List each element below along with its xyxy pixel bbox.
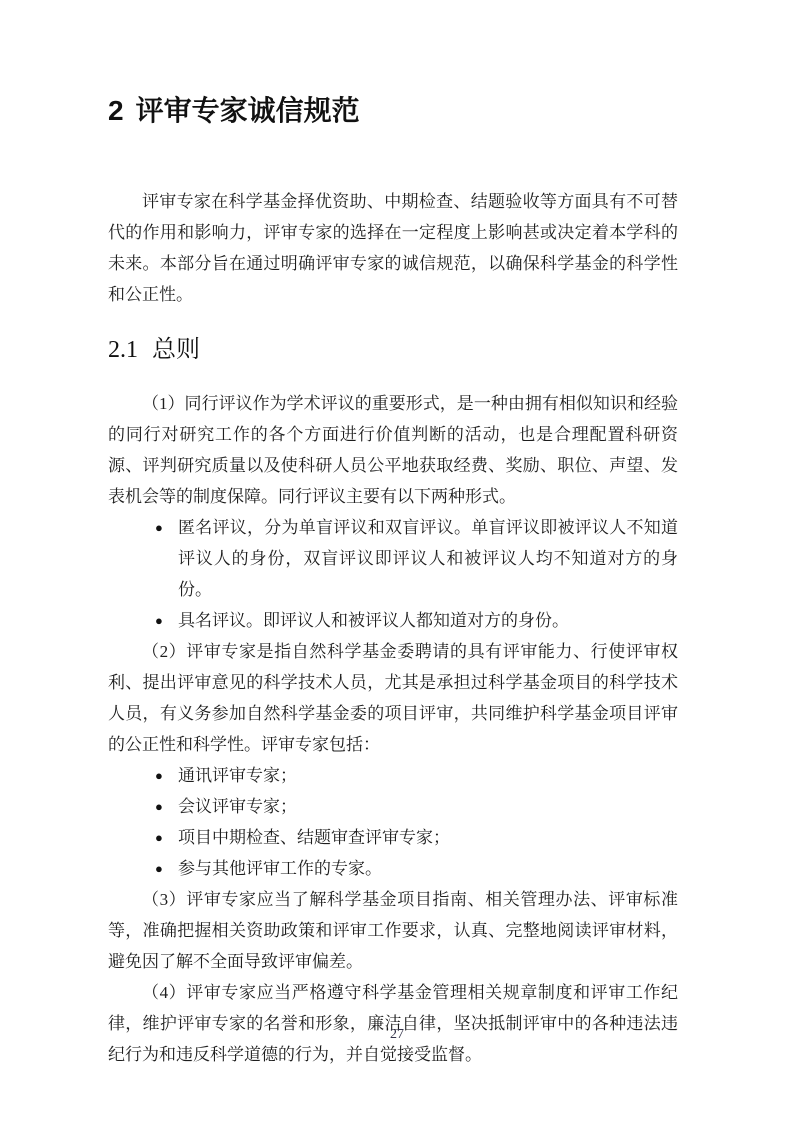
bullet-icon: ●	[155, 822, 163, 853]
list-item: ● 会议评审专家；	[108, 791, 678, 822]
bullet-icon: ●	[155, 853, 163, 884]
paragraph-4: （4）评审专家应当严格遵守科学基金管理相关规章制度和评审工作纪律，维护评审专家的…	[108, 977, 678, 1070]
paragraph-2: （2）评审专家是指自然科学基金委聘请的具有评审能力、行使评审权利、提出评审意见的…	[108, 636, 678, 760]
list-item-text: 具名评议。即评议人和被评议人都知道对方的身份。	[178, 611, 569, 630]
section-heading: 2.1总则	[108, 334, 678, 366]
paragraph-3: （3）评审专家应当了解科学基金项目指南、相关管理办法、评审标准等，准确把握相关资…	[108, 884, 678, 977]
list-item: ● 具名评议。即评议人和被评议人都知道对方的身份。	[108, 605, 678, 636]
chapter-heading: 2评审专家诚信规范	[108, 92, 678, 130]
page-content: 2评审专家诚信规范 评审专家在科学基金择优资助、中期检查、结题验收等方面具有不可…	[0, 92, 794, 1070]
page-number: 27	[0, 1026, 794, 1044]
document-page: 2评审专家诚信规范 评审专家在科学基金择优资助、中期检查、结题验收等方面具有不可…	[0, 0, 794, 1123]
list-item: ● 参与其他评审工作的专家。	[108, 853, 678, 884]
list-item: ● 通讯评审专家；	[108, 760, 678, 791]
section-title: 总则	[152, 337, 200, 363]
list-item-text: 项目中期检查、结题审查评审专家；	[178, 828, 450, 847]
list-item-text: 会议评审专家；	[178, 797, 297, 816]
bullet-list-review-forms: ● 匿名评议，分为单盲评议和双盲评议。单盲评议即被评议人不知道评议人的身份，双盲…	[108, 512, 678, 636]
chapter-title: 评审专家诚信规范	[136, 95, 360, 126]
paragraph-1: （1）同行评议作为学术评议的重要形式，是一种由拥有相似知识和经验的同行对研究工作…	[108, 388, 678, 512]
bullet-icon: ●	[155, 760, 163, 791]
bullet-icon: ●	[155, 512, 163, 543]
intro-paragraph: 评审专家在科学基金择优资助、中期检查、结题验收等方面具有不可替代的作用和影响力，…	[108, 186, 678, 310]
list-item: ● 项目中期检查、结题审查评审专家；	[108, 822, 678, 853]
bullet-list-expert-types: ● 通讯评审专家； ● 会议评审专家； ● 项目中期检查、结题审查评审专家； ●…	[108, 760, 678, 884]
bullet-icon: ●	[155, 605, 163, 636]
list-item: ● 匿名评议，分为单盲评议和双盲评议。单盲评议即被评议人不知道评议人的身份，双盲…	[108, 512, 678, 605]
list-item-text: 匿名评议，分为单盲评议和双盲评议。单盲评议即被评议人不知道评议人的身份，双盲评议…	[178, 518, 678, 599]
list-item-text: 通讯评审专家；	[178, 766, 297, 785]
section-number: 2.1	[108, 337, 138, 363]
bullet-icon: ●	[155, 791, 163, 822]
chapter-number: 2	[108, 95, 124, 126]
list-item-text: 参与其他评审工作的专家。	[178, 859, 382, 878]
